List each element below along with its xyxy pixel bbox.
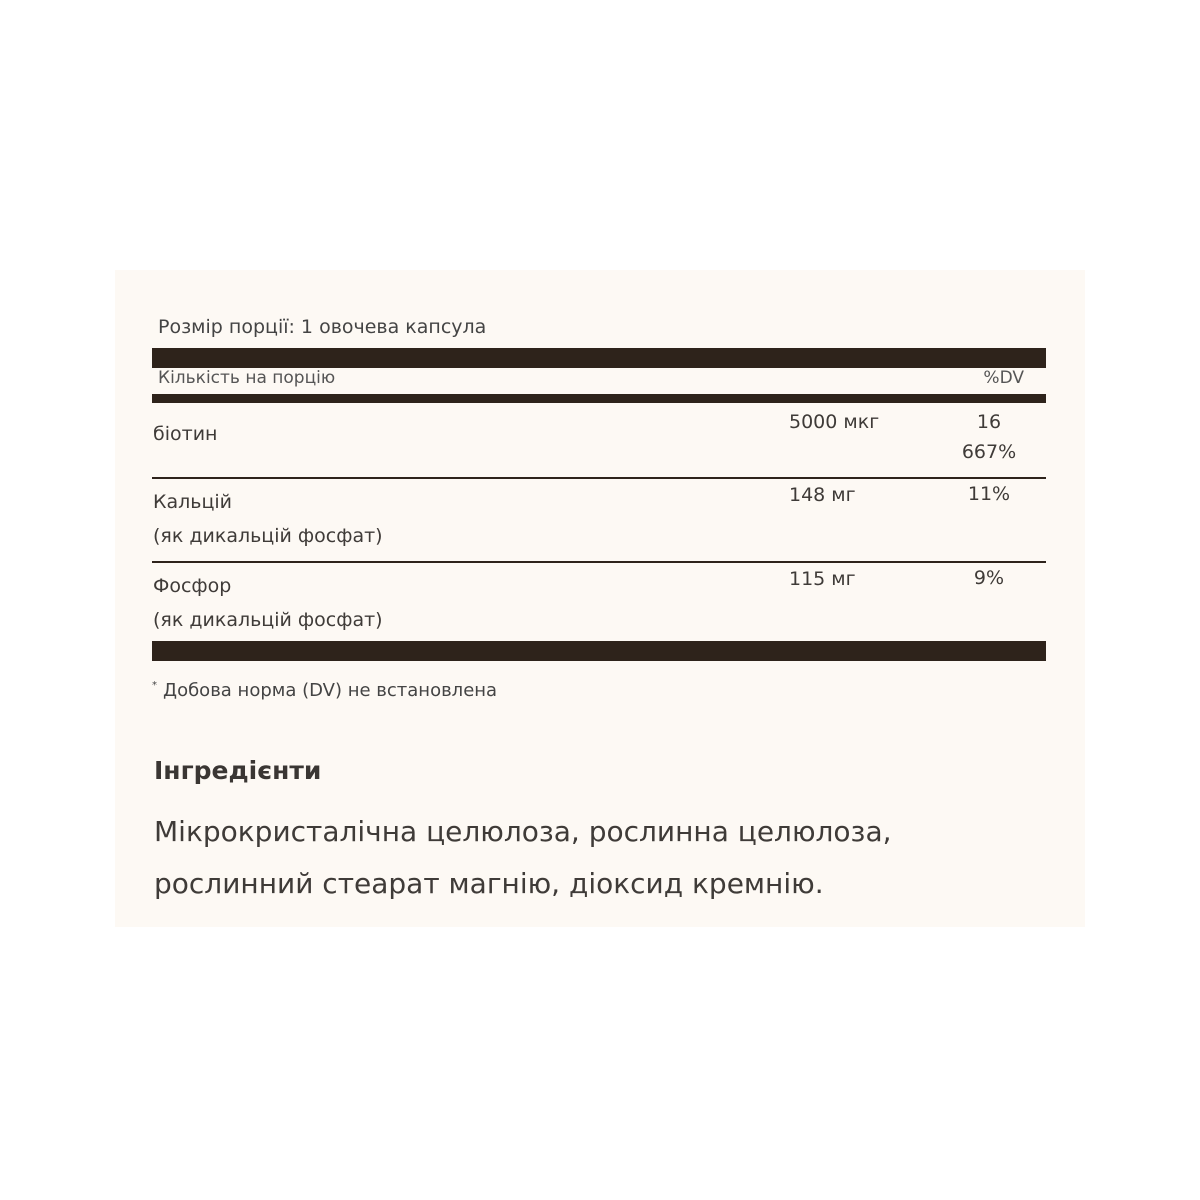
- table-row: біотин 5000 мкг 16 667%: [152, 407, 1046, 477]
- serving-size: Розмір порції: 1 овочева капсула: [158, 316, 486, 338]
- nutrient-name: Кальцій (як дикальцій фосфат): [153, 485, 383, 553]
- divider-thick-bottom: [152, 641, 1046, 661]
- table-row: Кальцій (як дикальцій фосфат) 148 мг 11%: [152, 479, 1046, 561]
- footnote-marker: *: [152, 680, 157, 691]
- nutrient-amount: 148 мг: [789, 482, 856, 508]
- nutrient-name-sub: (як дикальцій фосфат): [153, 519, 383, 553]
- nutrient-name: біотин: [153, 417, 217, 451]
- ingredients-heading: Інгредієнти: [154, 756, 321, 785]
- nutrient-dv-line1: 16: [944, 407, 1034, 437]
- footnote-text: Добова норма (DV) не встановлена: [163, 680, 497, 701]
- nutrient-name-main: Кальцій: [153, 485, 383, 519]
- nutrient-name-sub: (як дикальцій фосфат): [153, 603, 383, 637]
- table-row: Фосфор (як дикальцій фосфат) 115 мг 9%: [152, 563, 1046, 641]
- nutrient-dv: 9%: [944, 563, 1034, 593]
- nutrient-name-main: Фосфор: [153, 569, 383, 603]
- nutrient-amount: 115 мг: [789, 566, 856, 592]
- ingredients-text: Мікрокристалічна целюлоза, рослинна целю…: [154, 806, 1034, 910]
- supplement-facts-panel: Розмір порції: 1 овочева капсула Кількіс…: [115, 270, 1085, 927]
- nutrient-dv: 11%: [944, 479, 1034, 509]
- nutrient-dv-line2: 667%: [944, 437, 1034, 467]
- divider-thick-mid: [152, 394, 1046, 403]
- nutrient-name: Фосфор (як дикальцій фосфат): [153, 569, 383, 637]
- divider-thick-top: [152, 348, 1046, 368]
- amount-per-serving-header: Кількість на порцію: [158, 368, 335, 388]
- dv-header: %DV: [983, 368, 1024, 388]
- nutrient-amount: 5000 мкг: [789, 409, 879, 435]
- nutrient-dv: 16 667%: [944, 407, 1034, 467]
- dv-footnote: *Добова норма (DV) не встановлена: [152, 680, 497, 701]
